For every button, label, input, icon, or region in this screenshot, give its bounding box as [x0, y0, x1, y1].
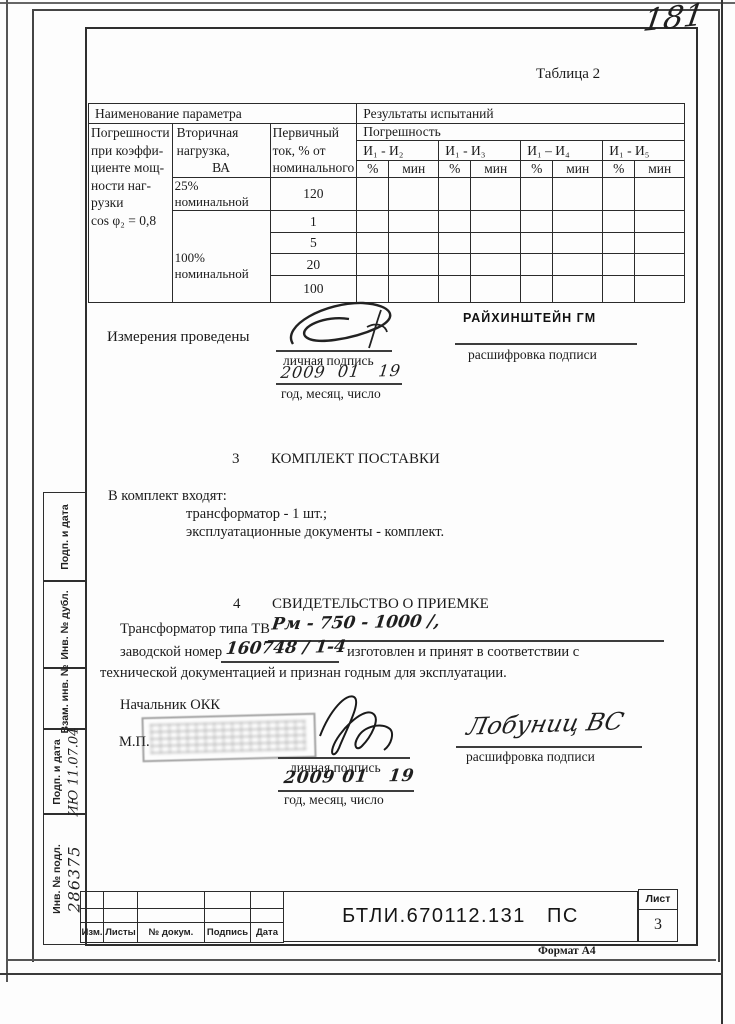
- pct-header: %: [439, 161, 471, 178]
- examiner-name-stamp: РАЙХИНШТЕЙН ГМ: [463, 311, 596, 325]
- revision-cell: [205, 892, 251, 909]
- revision-cell: [138, 909, 205, 923]
- revision-col-header: Дата: [251, 923, 284, 943]
- handwritten-okk-name: Лобуниц ВС: [464, 707, 626, 740]
- empty-result-cell: [521, 233, 553, 254]
- empty-result-cell: [553, 276, 603, 303]
- signature-line: [276, 350, 392, 352]
- measurements-label: Измерения проведены: [107, 329, 249, 346]
- empty-result-cell: [471, 254, 521, 276]
- date-caption: год, месяц, число: [281, 386, 381, 402]
- revision-cell: [205, 909, 251, 923]
- pct-header: %: [603, 161, 635, 178]
- empty-result-cell: [521, 276, 553, 303]
- diff-col-header: И₁ - И₅: [603, 141, 685, 161]
- empty-result-cell: [357, 254, 389, 276]
- error-group-header: Погрешность: [357, 124, 685, 141]
- sheet-label: Лист: [639, 890, 677, 910]
- revision-cell: [81, 909, 104, 923]
- min-header: мин: [553, 161, 603, 178]
- empty-result-cell: [521, 178, 553, 211]
- min-header: мин: [635, 161, 685, 178]
- empty-result-cell: [389, 178, 439, 211]
- revision-cell: [251, 909, 284, 923]
- sidebar-cell-podp-data-2: Подп. и дата ИЮ 11.07.04: [43, 728, 87, 815]
- empty-result-cell: [553, 254, 603, 276]
- title-block: Изм. Листы № докум. Подпись Дата БТЛИ.67…: [80, 891, 678, 942]
- revision-col-header: Подпись: [205, 923, 251, 943]
- revision-col-header: Листы: [104, 923, 138, 943]
- scanned-document-page: 181 Таблица 2 Наименование параметра Рез…: [0, 0, 735, 1024]
- date-caption: год, месяц, число: [284, 792, 384, 808]
- sheet-bottom-line: [6, 959, 716, 961]
- handwritten-page-number: 181: [641, 0, 707, 39]
- serial-underline: [221, 661, 339, 663]
- min-header: мин: [389, 161, 439, 178]
- handwritten-serial-number: 160748 / 1-4: [225, 637, 347, 659]
- empty-result-cell: [635, 233, 685, 254]
- date-line: [276, 383, 402, 385]
- sidebar-cell-vzam-inv: Взам. инв. №: [43, 667, 87, 730]
- serial-suffix: изготовлен и принят в соответствии с: [347, 644, 579, 661]
- name-line: [455, 343, 637, 345]
- section3-title: КОМПЛЕКТ ПОСТАВКИ: [271, 451, 440, 468]
- sidebar-cell-inv-dubl: Инв. № дубл.: [43, 580, 87, 669]
- empty-result-cell: [439, 178, 471, 211]
- scan-left-edge-line: [6, 0, 8, 982]
- empty-result-cell: [389, 233, 439, 254]
- empty-result-cell: [603, 211, 635, 233]
- name-caption: расшифровка подписи: [466, 749, 595, 765]
- min-header: мин: [471, 161, 521, 178]
- empty-result-cell: [471, 233, 521, 254]
- header-test-results: Результаты испытаний: [357, 104, 685, 124]
- section4-number: 4: [233, 596, 241, 613]
- test-results-table: Наименование параметра Результаты испыта…: [88, 103, 685, 303]
- handwritten-date: 2009 01 19: [280, 361, 402, 382]
- empty-result-cell: [471, 211, 521, 233]
- empty-result-cell: [439, 276, 471, 303]
- diff-col-header: И₁ – И₄: [521, 141, 603, 161]
- empty-result-cell: [553, 233, 603, 254]
- okk-signature-scribble: [292, 688, 407, 762]
- empty-result-cell: [603, 233, 635, 254]
- serial-prefix: заводской номер: [120, 644, 222, 661]
- load-25-cell: 25% номинальной: [172, 178, 270, 211]
- empty-result-cell: [635, 211, 685, 233]
- acceptance-text: технической документацией и признан годн…: [100, 665, 507, 682]
- format-note: Формат А4: [538, 945, 596, 957]
- name-line: [456, 746, 642, 748]
- pct-header: %: [357, 161, 389, 178]
- empty-result-cell: [389, 254, 439, 276]
- revision-cell: [104, 909, 138, 923]
- empty-result-cell: [635, 254, 685, 276]
- scan-top-edge-line: [0, 2, 735, 4]
- empty-result-cell: [471, 178, 521, 211]
- signature-scribble: [283, 296, 408, 350]
- parameter-description-cell: Погрешности при коэффи- циенте мощ- ност…: [89, 124, 173, 303]
- section3-item: эксплуатационные документы - комплект.: [186, 524, 444, 541]
- empty-result-cell: [553, 211, 603, 233]
- revision-col-header: Изм.: [81, 923, 104, 943]
- revision-col-header: № докум.: [138, 923, 205, 943]
- empty-result-cell: [439, 233, 471, 254]
- empty-result-cell: [635, 276, 685, 303]
- scan-bottom-line: [0, 973, 723, 975]
- revision-table: Изм. Листы № докум. Подпись Дата: [80, 891, 284, 943]
- header-parameter-name: Наименование параметра: [89, 104, 357, 124]
- transformer-type-prefix: Трансформатор типа ТВ: [120, 621, 270, 638]
- empty-result-cell: [357, 211, 389, 233]
- table-caption: Таблица 2: [536, 66, 600, 83]
- sidebar-cell-podp-data-1: Подп. и дата: [43, 492, 87, 582]
- acceptance-stamp-smudge: [141, 713, 316, 763]
- pct-header: %: [521, 161, 553, 178]
- empty-result-cell: [521, 254, 553, 276]
- empty-result-cell: [439, 254, 471, 276]
- section3-intro: В комплект входят:: [108, 488, 227, 505]
- empty-result-cell: [357, 233, 389, 254]
- signature-line: [278, 757, 410, 759]
- empty-result-cell: [389, 211, 439, 233]
- diff-col-header: И₁ - И₃: [439, 141, 521, 161]
- empty-result-cell: [603, 254, 635, 276]
- current-value-cell: 20: [270, 254, 357, 276]
- revision-cell: [251, 892, 284, 909]
- sheet-box: Лист 3: [638, 889, 678, 942]
- current-value-cell: 120: [270, 178, 357, 211]
- handwritten-transformer-type: Рм - 750 - 1000 /,: [271, 612, 441, 635]
- load-100-cell: 100% номинальной: [172, 211, 270, 303]
- sheet-number: 3: [639, 910, 677, 942]
- section3-item: трансформатор - 1 шт.;: [186, 506, 327, 523]
- section4-title: СВИДЕТЕЛЬСТВО О ПРИЕМКЕ: [272, 596, 489, 613]
- empty-result-cell: [635, 178, 685, 211]
- handwritten-date: 2009 01 19: [283, 766, 416, 788]
- revision-cell: [138, 892, 205, 909]
- current-value-cell: 1: [270, 211, 357, 233]
- empty-result-cell: [603, 276, 635, 303]
- revision-cell: [104, 892, 138, 909]
- scan-right-edge-line: [721, 0, 723, 1024]
- current-value-cell: 5: [270, 233, 357, 254]
- okk-chief-label: Начальник ОКК: [120, 697, 220, 714]
- document-number: БТЛИ.670112.131 ПС: [283, 891, 638, 942]
- section3-number: 3: [232, 451, 240, 468]
- empty-result-cell: [439, 211, 471, 233]
- secondary-load-header: Вторичная нагрузка, ВА: [172, 124, 270, 178]
- name-caption: расшифровка подписи: [468, 347, 597, 363]
- empty-result-cell: [471, 276, 521, 303]
- empty-result-cell: [603, 178, 635, 211]
- empty-result-cell: [357, 178, 389, 211]
- empty-result-cell: [553, 178, 603, 211]
- primary-current-header: Первичный ток, % от номинального: [270, 124, 357, 178]
- diff-col-header: И₁ - И₂: [357, 141, 439, 161]
- revision-cell: [81, 892, 104, 909]
- empty-result-cell: [521, 211, 553, 233]
